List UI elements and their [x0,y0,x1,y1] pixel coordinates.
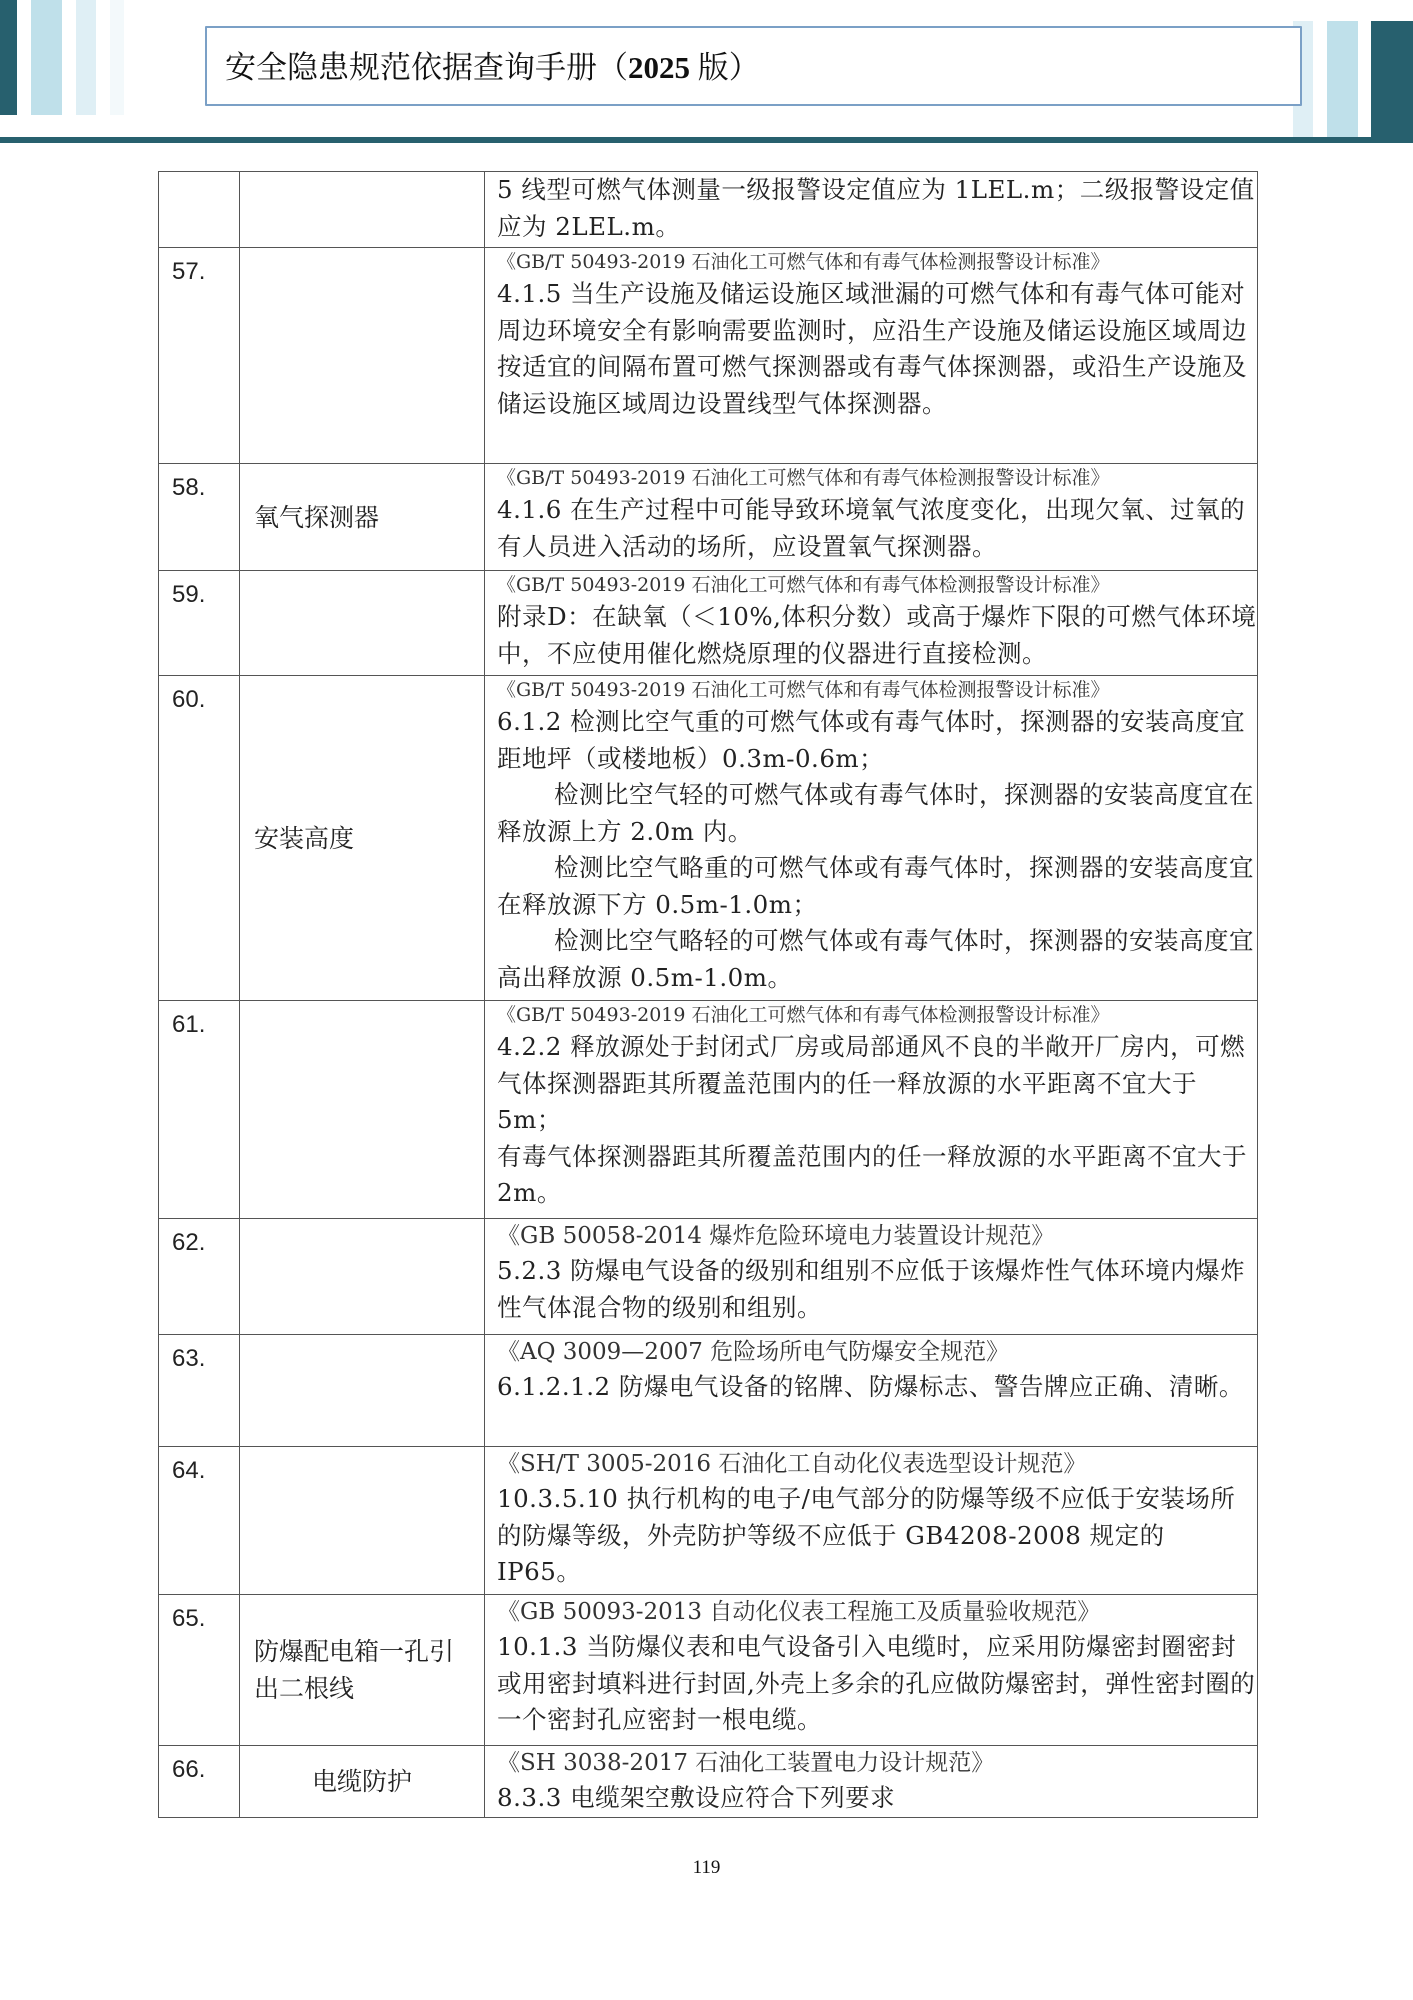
clause-text: 4.1.6 在生产过程中可能导致环境氧气浓度变化，出现欠氧、过氧的有人员进入活动… [497,492,1257,565]
clause-text: 检测比空气轻的可燃气体或有毒气体时，探测器的安装高度宜在释放源上方 2.0m 内… [497,777,1257,850]
header-deco-bar [110,0,124,115]
row-content: 《GB/T 50493-2019 石油化工可燃气体和有毒气体检测报警设计标准》6… [485,676,1258,1001]
header-deco-bar [31,0,62,115]
standard-citation: 《SH/T 3005-2016 石油化工自动化仪表选型设计规范》 [497,1447,1257,1481]
row-item [240,172,485,248]
row-item [240,1335,485,1447]
page-number: 119 [0,1857,1413,1879]
row-content: 《SH 3038-2017 石油化工装置电力设计规范》8.3.3 电缆架空敷设应… [485,1746,1258,1818]
standard-citation: 《GB 50058-2014 爆炸危险环境电力装置设计规范》 [497,1219,1257,1253]
table-row: 66.电缆防护《SH 3038-2017 石油化工装置电力设计规范》8.3.3 … [159,1746,1258,1818]
table-row: 62.《GB 50058-2014 爆炸危险环境电力装置设计规范》5.2.3 防… [159,1219,1258,1335]
row-content: 《GB/T 50493-2019 石油化工可燃气体和有毒气体检测报警设计标准》4… [485,1001,1258,1219]
row-content: 《GB/T 50493-2019 石油化工可燃气体和有毒气体检测报警设计标准》4… [485,248,1258,464]
clause-text: 8.3.3 电缆架空敷设应符合下列要求 [497,1780,1257,1817]
clause-text: 5.2.3 防爆电气设备的级别和组别不应低于该爆炸性气体环境内爆炸性气体混合物的… [497,1253,1257,1326]
row-item-label: 安装高度 [240,820,484,857]
table-row: 59.《GB/T 50493-2019 石油化工可燃气体和有毒气体检测报警设计标… [159,571,1258,676]
row-number: 66. [159,1746,240,1818]
spec-table: 5 线型可燃气体测量一级报警设定值应为 1LEL.m；二级报警设定值应为 2LE… [158,171,1258,1818]
clause-text: 5 线型可燃气体测量一级报警设定值应为 1LEL.m；二级报警设定值应为 2LE… [497,172,1257,245]
table-row: 64.《SH/T 3005-2016 石油化工自动化仪表选型设计规范》10.3.… [159,1447,1258,1595]
header-deco-bar [1327,21,1358,137]
row-item [240,1001,485,1219]
table-row: 65.防爆配电箱一孔引出二根线《GB 50093-2013 自动化仪表工程施工及… [159,1595,1258,1746]
standard-citation: 《SH 3038-2017 石油化工装置电力设计规范》 [497,1746,1257,1780]
clause-text: 6.1.2.1.2 防爆电气设备的铭牌、防爆标志、警告牌应正确、清晰。 [497,1369,1257,1406]
table-row: 60.安装高度《GB/T 50493-2019 石油化工可燃气体和有毒气体检测报… [159,676,1258,1001]
row-item [240,1219,485,1335]
row-item-label: 电缆防护 [240,1763,484,1800]
row-item: 电缆防护 [240,1746,485,1818]
row-number: 61. [159,1001,240,1219]
table-row: 57.《GB/T 50493-2019 石油化工可燃气体和有毒气体检测报警设计标… [159,248,1258,464]
header-deco-bar [0,0,17,115]
table-row: 5 线型可燃气体测量一级报警设定值应为 1LEL.m；二级报警设定值应为 2LE… [159,172,1258,248]
row-item: 防爆配电箱一孔引出二根线 [240,1595,485,1746]
row-number: 60. [159,676,240,1001]
clause-text: 6.1.2 检测比空气重的可燃气体或有毒气体时，探测器的安装高度宜距地坪（或楼地… [497,704,1257,777]
standard-citation: 《GB 50093-2013 自动化仪表工程施工及质量验收规范》 [497,1595,1257,1629]
header-deco-bar [1371,21,1413,137]
row-content: 《GB 50093-2013 自动化仪表工程施工及质量验收规范》10.1.3 当… [485,1595,1258,1746]
row-number: 63. [159,1335,240,1447]
clause-text: 4.1.5 当生产设施及储运设施区域泄漏的可燃气体和有毒气体可能对周边环境安全有… [497,276,1257,422]
row-item: 安装高度 [240,676,485,1001]
row-content: 《GB/T 50493-2019 石油化工可燃气体和有毒气体检测报警设计标准》4… [485,464,1258,571]
row-item-label: 氧气探测器 [240,499,484,536]
table-row: 63.《AQ 3009—2007 危险场所电气防爆安全规范》6.1.2.1.2 … [159,1335,1258,1447]
row-item: 氧气探测器 [240,464,485,571]
clause-text: 检测比空气略轻的可燃气体或有毒气体时，探测器的安装高度宜高出释放源 0.5m-1… [497,923,1257,996]
table-row: 61.《GB/T 50493-2019 石油化工可燃气体和有毒气体检测报警设计标… [159,1001,1258,1219]
row-number: 62. [159,1219,240,1335]
clause-text: 检测比空气略重的可燃气体或有毒气体时，探测器的安装高度宜在释放源下方 0.5m-… [497,850,1257,923]
table-row: 58.氧气探测器《GB/T 50493-2019 石油化工可燃气体和有毒气体检测… [159,464,1258,571]
clause-text: 4.2.2 释放源处于封闭式厂房或局部通风不良的半敞开厂房内，可燃气体探测器距其… [497,1029,1257,1139]
row-number: 64. [159,1447,240,1595]
page-title: 安全隐患规范依据查询手册（2025 版） [225,42,760,87]
header-rule [0,137,1413,143]
row-content: 《GB/T 50493-2019 石油化工可燃气体和有毒气体检测报警设计标准》附… [485,571,1258,676]
standard-citation: 《GB/T 50493-2019 石油化工可燃气体和有毒气体检测报警设计标准》 [497,1001,1257,1029]
clause-text: 有毒气体探测器距其所覆盖范围内的任一释放源的水平距离不宜大于 2m。 [497,1139,1257,1212]
row-number: 65. [159,1595,240,1746]
row-number: 57. [159,248,240,464]
header-title-box: 安全隐患规范依据查询手册（2025 版） [205,26,1302,106]
row-content: 《SH/T 3005-2016 石油化工自动化仪表选型设计规范》10.3.5.1… [485,1447,1258,1595]
row-content: 《AQ 3009—2007 危险场所电气防爆安全规范》6.1.2.1.2 防爆电… [485,1335,1258,1447]
row-item [240,248,485,464]
row-number: 58. [159,464,240,571]
standard-citation: 《GB/T 50493-2019 石油化工可燃气体和有毒气体检测报警设计标准》 [497,464,1257,492]
row-number: 59. [159,571,240,676]
row-number [159,172,240,248]
clause-text: 附录D：在缺氧（＜10%,体积分数）或高于爆炸下限的可燃气体环境中，不应使用催化… [497,599,1257,672]
standard-citation: 《AQ 3009—2007 危险场所电气防爆安全规范》 [497,1335,1257,1369]
standard-citation: 《GB/T 50493-2019 石油化工可燃气体和有毒气体检测报警设计标准》 [497,571,1257,599]
row-item-label: 防爆配电箱一孔引出二根线 [240,1633,454,1707]
row-item [240,571,485,676]
header-deco-bar [76,0,96,115]
standard-citation: 《GB/T 50493-2019 石油化工可燃气体和有毒气体检测报警设计标准》 [497,248,1257,276]
row-content: 《GB 50058-2014 爆炸危险环境电力装置设计规范》5.2.3 防爆电气… [485,1219,1258,1335]
standard-citation: 《GB/T 50493-2019 石油化工可燃气体和有毒气体检测报警设计标准》 [497,676,1257,704]
row-item [240,1447,485,1595]
clause-text: 10.1.3 当防爆仪表和电气设备引入电缆时，应采用防爆密封圈密封或用密封填料进… [497,1629,1257,1739]
row-content: 5 线型可燃气体测量一级报警设定值应为 1LEL.m；二级报警设定值应为 2LE… [485,172,1258,248]
clause-text: 10.3.5.10 执行机构的电子/电气部分的防爆等级不应低于安装场所的防爆等级… [497,1481,1257,1591]
